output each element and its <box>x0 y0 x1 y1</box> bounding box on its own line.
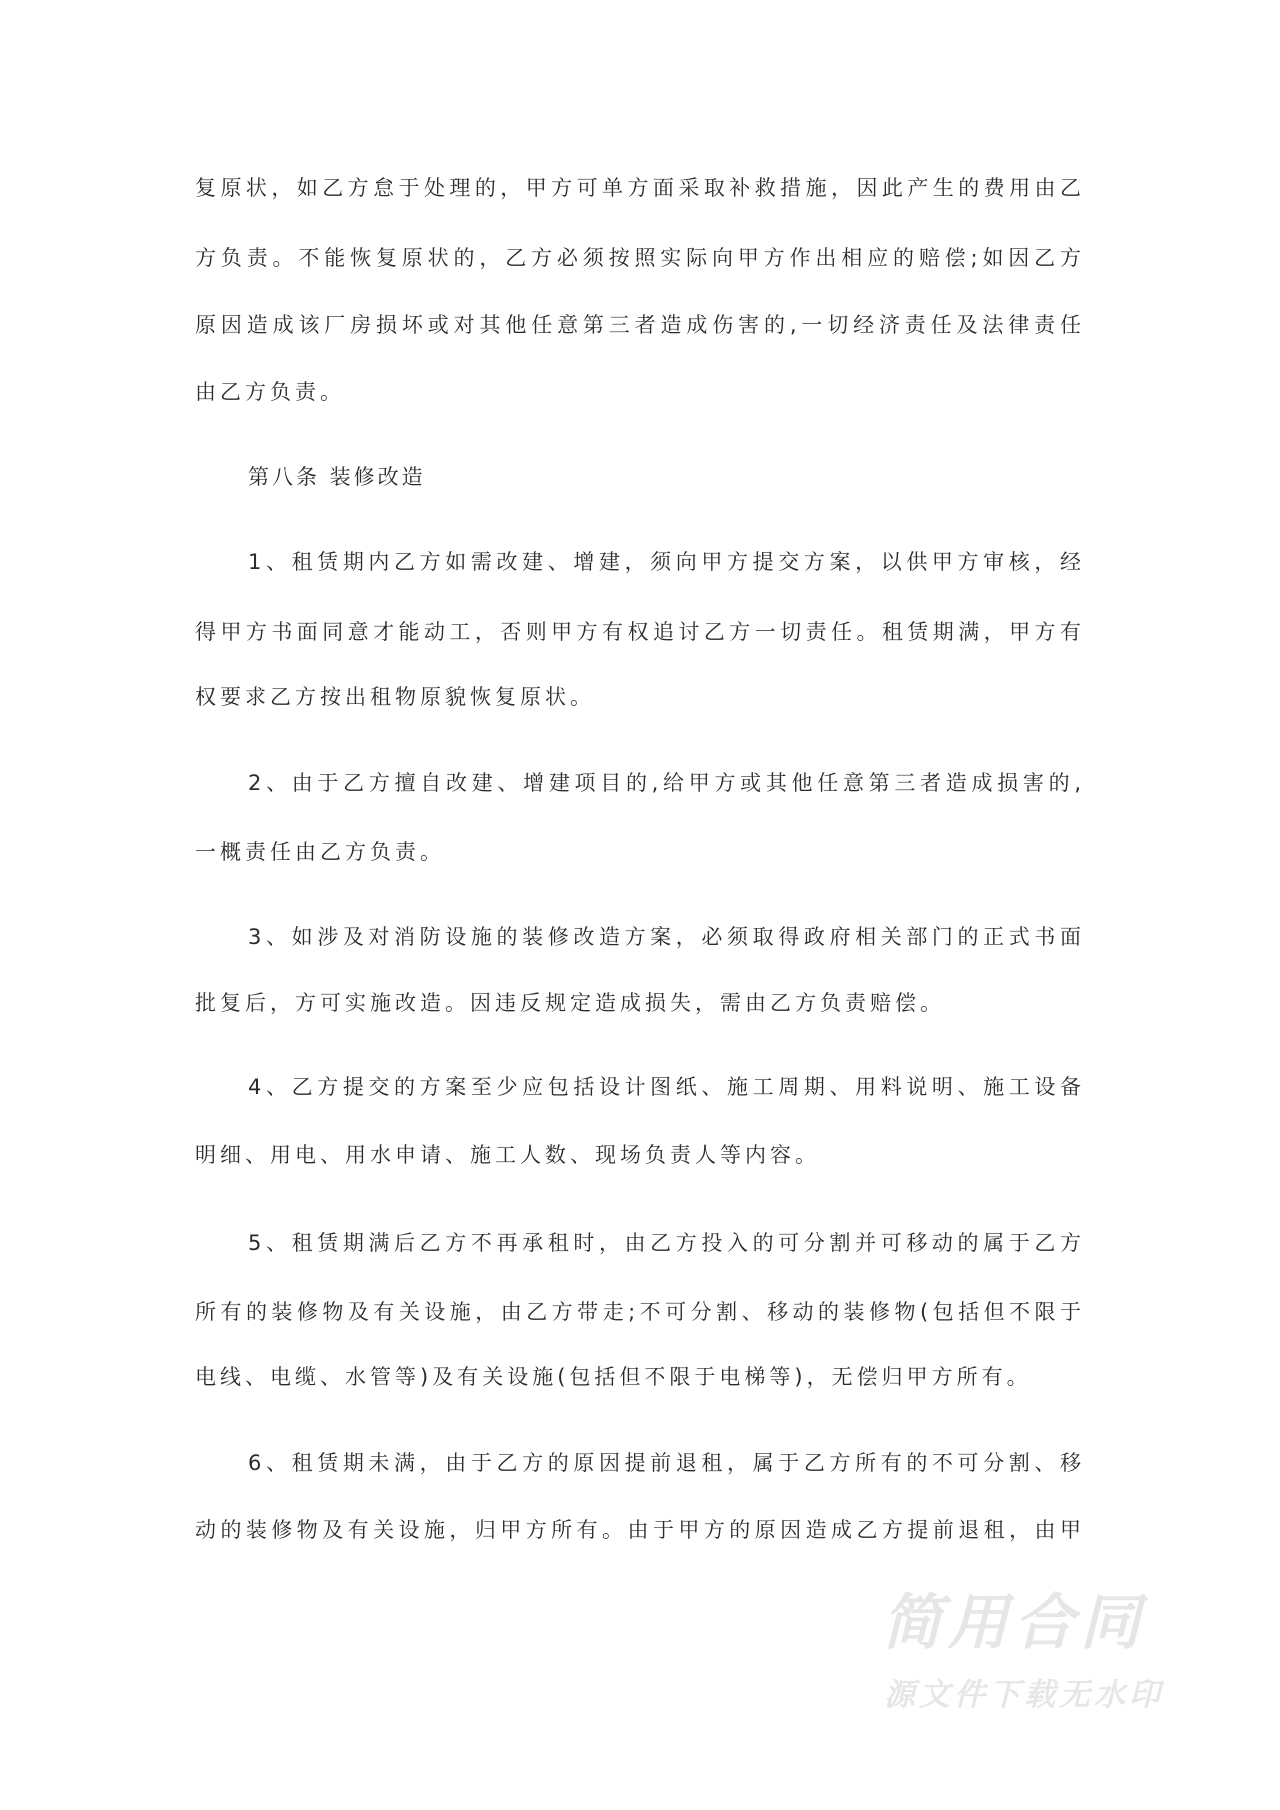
paragraph-line: 由乙方负责。 <box>195 377 1083 407</box>
paragraph-line: 权要求乙方按出租物原貌恢复原状。 <box>195 682 1083 712</box>
watermark-title: 简用合同 <box>882 1588 1146 1658</box>
paragraph-line: 动的装修物及有关设施，归甲方所有。由于甲方的原因造成乙方提前退租，由甲 <box>195 1515 1083 1545</box>
paragraph-line: 4、乙方提交的方案至少应包括设计图纸、施工周期、用料说明、施工设备 <box>248 1072 1083 1102</box>
paragraph-line: 电线、电缆、水管等)及有关设施(包括但不限于电梯等)，无偿归甲方所有。 <box>195 1362 1083 1392</box>
paragraph-line: 明细、用电、用水申请、施工人数、现场负责人等内容。 <box>195 1140 1083 1170</box>
paragraph-line: 原因造成该厂房损坏或对其他任意第三者造成伤害的,一切经济责任及法律责任 <box>195 310 1083 340</box>
paragraph-line: 复原状，如乙方怠于处理的，甲方可单方面采取补救措施，因此产生的费用由乙 <box>195 173 1083 203</box>
paragraph-line: 批复后，方可实施改造。因违反规定造成损失，需由乙方负责赔偿。 <box>195 988 1083 1018</box>
paragraph-line: 6、租赁期未满，由于乙方的原因提前退租，属于乙方所有的不可分割、移 <box>248 1448 1083 1478</box>
paragraph-line: 方负责。不能恢复原状的，乙方必须按照实际向甲方作出相应的赔偿;如因乙方 <box>195 243 1083 273</box>
paragraph-line: 得甲方书面同意才能动工，否则甲方有权追讨乙方一切责任。租赁期满，甲方有 <box>195 617 1083 647</box>
paragraph-line: 3、如涉及对消防设施的装修改造方案，必须取得政府相关部门的正式书面 <box>248 922 1083 952</box>
paragraph-line: 2、由于乙方擅自改建、增建项目的,给甲方或其他任意第三者造成损害的, <box>248 768 1083 798</box>
section-heading: 第八条 装修改造 <box>248 462 1083 492</box>
watermark-subtitle: 源文件下载无水印 <box>884 1676 1164 1714</box>
paragraph-line: 1、租赁期内乙方如需改建、增建，须向甲方提交方案，以供甲方审核，经 <box>248 547 1083 577</box>
paragraph-line: 5、租赁期满后乙方不再承租时，由乙方投入的可分割并可移动的属于乙方 <box>248 1228 1083 1258</box>
paragraph-line: 所有的装修物及有关设施，由乙方带走;不可分割、移动的装修物(包括但不限于 <box>195 1297 1083 1327</box>
paragraph-line: 一概责任由乙方负责。 <box>195 837 1083 867</box>
document-page: 复原状，如乙方怠于处理的，甲方可单方面采取补救措施，因此产生的费用由乙 方负责。… <box>0 0 1280 1810</box>
